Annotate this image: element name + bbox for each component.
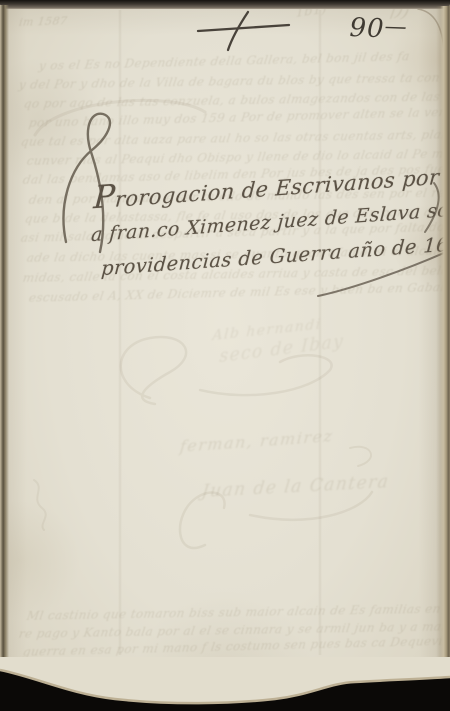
signature-rubric bbox=[121, 337, 186, 404]
signature-rubric bbox=[200, 355, 332, 395]
folio-number-value: 90 bbox=[349, 13, 385, 44]
margin-squiggle bbox=[34, 480, 46, 530]
scanned-manuscript-page: y os el Es no Dependiente della Gallera,… bbox=[0, 0, 450, 711]
cross-mark-horizontal bbox=[198, 25, 289, 31]
signature-rubric bbox=[180, 493, 225, 548]
signature-rubric bbox=[350, 447, 371, 466]
oval-flourish bbox=[35, 100, 205, 135]
top-page-edge bbox=[0, 0, 450, 9]
flourish-layer bbox=[0, 0, 450, 711]
bottom-page-edge bbox=[0, 657, 450, 711]
right-page-edge bbox=[436, 6, 450, 663]
folio-number: 90— bbox=[349, 13, 408, 45]
signature-rubric bbox=[250, 492, 372, 520]
cross-mark-vertical bbox=[228, 12, 248, 50]
left-page-edge bbox=[0, 5, 9, 667]
folio-dash: — bbox=[384, 14, 408, 40]
